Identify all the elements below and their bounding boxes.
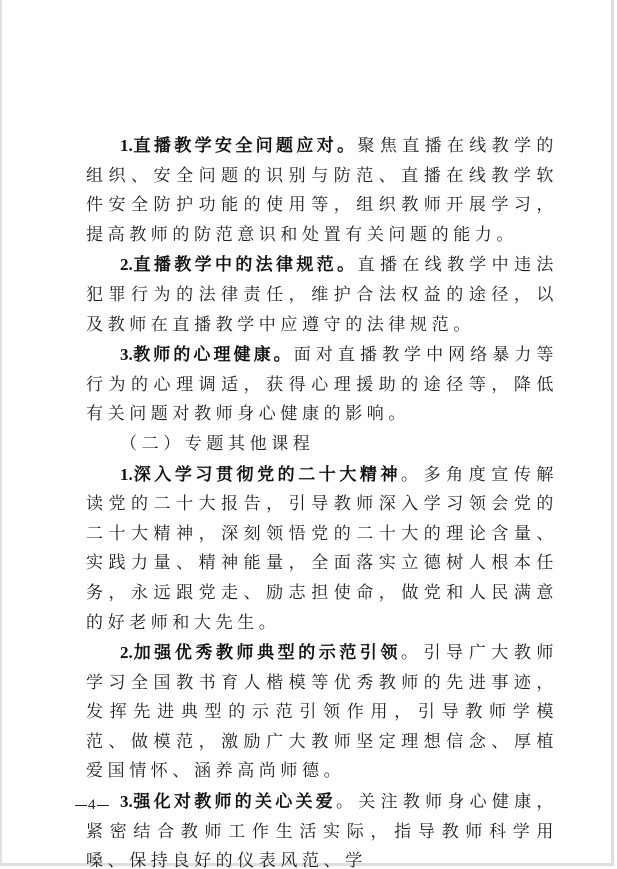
paragraph-body: 。引导广大教师学习全国教书育人楷模等优秀教师的先进事迹，发挥先进典型的示范引领作… <box>86 643 558 781</box>
page-number-dash-left <box>75 805 87 806</box>
paragraph-lead: 1.深入学习贯彻党的二十大精神 <box>120 465 401 485</box>
page-number: 4 <box>75 797 109 814</box>
page-number-dash-right <box>97 805 109 806</box>
document-body: 1.直播教学安全问题应对。聚焦直播在线教学的组织、安全问题的识别与防范、直播在线… <box>86 131 558 869</box>
paragraph-party-congress-spirit: 1.深入学习贯彻党的二十大精神。多角度宣传解读党的二十大报告，引导教师深入学习领… <box>86 460 558 639</box>
paragraph-legal-norms: 2.直播教学中的法律规范。直播在线教学中违法犯罪行为的法律责任，维护合法权益的途… <box>86 250 558 340</box>
section-heading: （二）专题其他课程 <box>86 430 558 460</box>
paragraph-lead: 3.强化对教师的关心关爱 <box>120 792 336 812</box>
paragraph-body: 。多角度宣传解读党的二十大报告，引导教师深入学习领会党的二十大精神，深刻领悟党的… <box>86 465 558 633</box>
paragraph-lead: 2.直播教学中的法律规范。 <box>120 255 358 275</box>
paragraph-model-teachers: 2.加强优秀教师典型的示范引领。引导广大教师学习全国教书育人楷模等优秀教师的先进… <box>86 638 558 787</box>
paragraph-teacher-care: 3.强化对教师的关心关爱。关注教师身心健康，紧密结合教师工作生活实际，指导教师科… <box>86 787 558 869</box>
paragraph-mental-health: 3.教师的心理健康。面对直播教学中网络暴力等行为的心理调适，获得心理援助的途径等… <box>86 340 558 430</box>
paragraph-lead: 2.加强优秀教师典型的示范引领 <box>120 643 401 663</box>
paragraph-live-teaching-safety: 1.直播教学安全问题应对。聚焦直播在线教学的组织、安全问题的识别与防范、直播在线… <box>86 131 558 250</box>
paragraph-lead: 3.教师的心理健康。 <box>120 345 294 365</box>
document-page: 1.直播教学安全问题应对。聚焦直播在线教学的组织、安全问题的识别与防范、直播在线… <box>0 0 614 866</box>
paragraph-lead: 1.直播教学安全问题应对。 <box>120 136 358 156</box>
